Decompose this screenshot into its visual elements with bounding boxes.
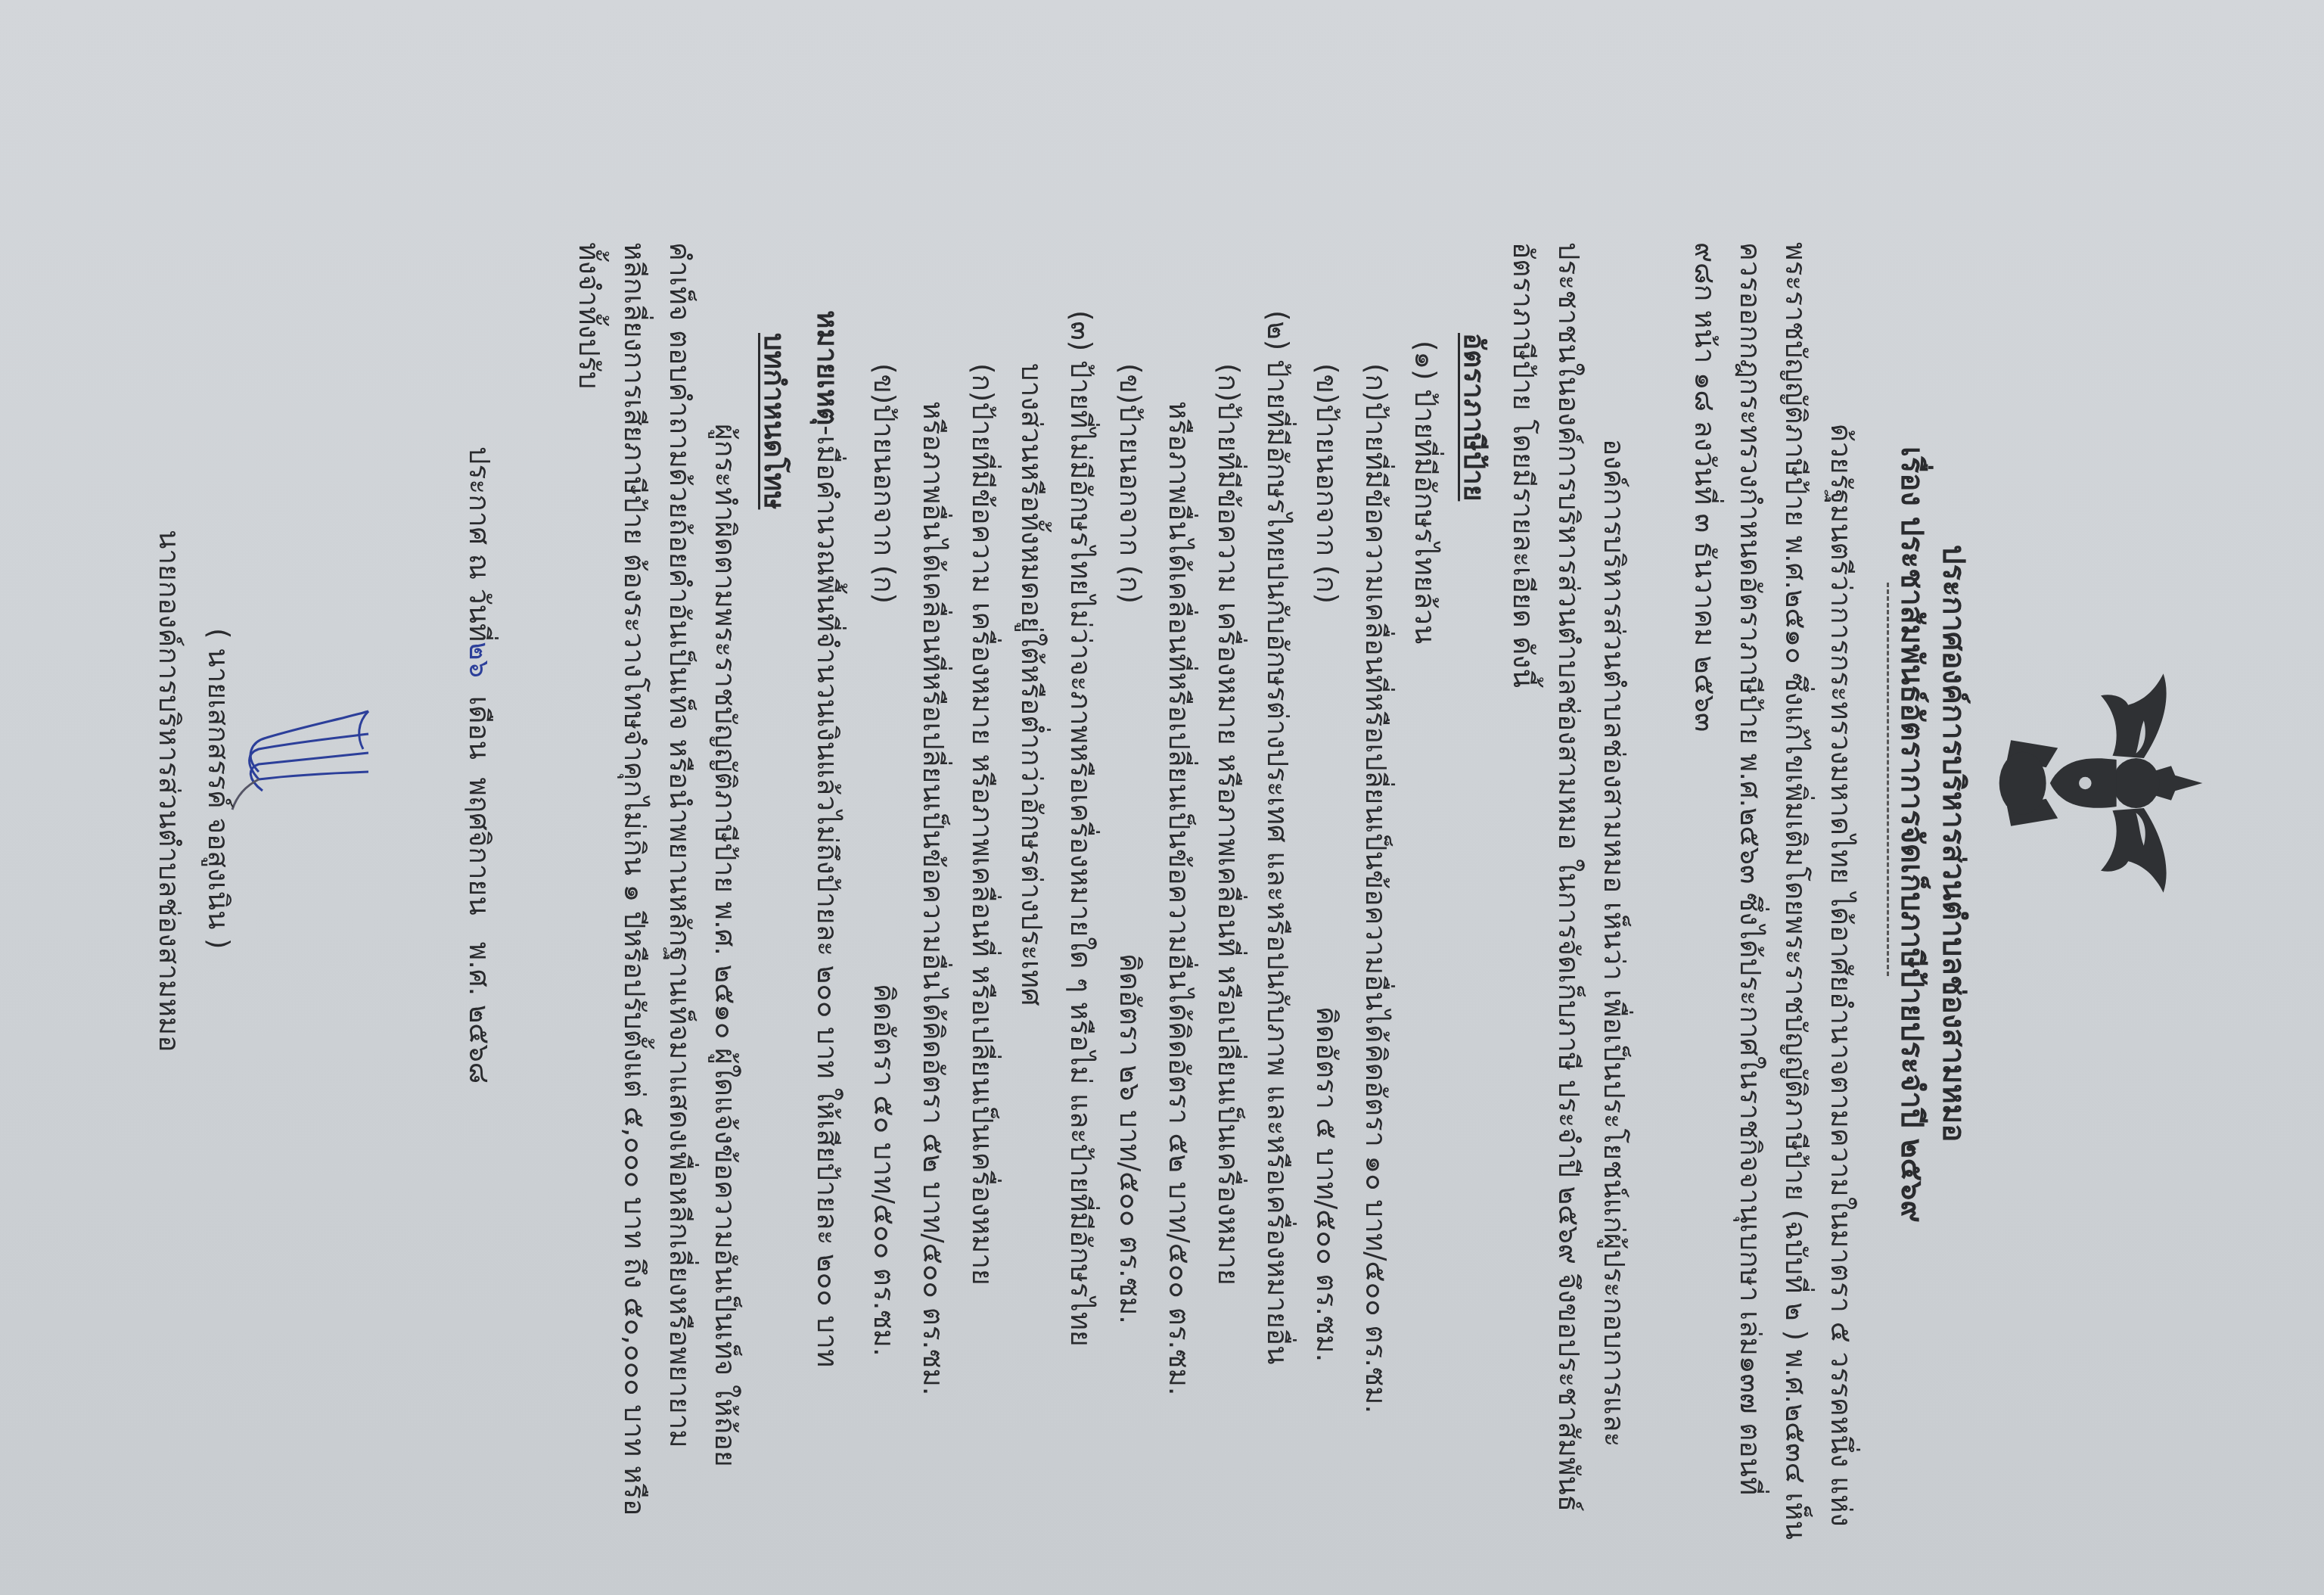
paragraph1-line: ควรออกกฎกระทรวงกำหนดอัตราภาษีป้าย พ.ศ.๒๕… (1736, 242, 1764, 1495)
rate-item-text: (ข)ป้ายนอกจาก (ก) (870, 363, 898, 604)
paragraph1-line: ๙๘ก หน้า ๑๘ ลงวันที่ ๓ ธันวาคม ๒๕๖๓ (1691, 242, 1719, 732)
divider (1887, 583, 1889, 976)
rate-item-continuation: หรือภาพอื่นได้เคลื่อนที่หรือเปลี่ยนเป็นข… (1165, 401, 1193, 1021)
rate-item-value: คิดอัตรา ๕๒ บาท/๕๐๐ ตร.ซม. (919, 1021, 947, 1396)
signatory-name: ( นายเสกสรรค์ จอสูงเนิน ) (204, 628, 232, 949)
rate-item-value: คิดอัตรา ๒๖ บาท/๕๐๐ ตร.ซม. (1116, 953, 1144, 1324)
rate-group-3-label: (๓) ป้ายที่ไม่มีอักษรไทยไม่ว่าจะภาพหรือเ… (1067, 310, 1095, 1347)
penalty-line: คำเท็จ ตอบคำถามด้วยถ้อยคำอันเป็นเท็จ หรื… (666, 242, 694, 1448)
penalty-line: ผู้กระทำผิดตามพระราชบัญญัติภาษีป้าย พ.ศ.… (711, 424, 739, 1467)
rate-item-value: คิดอัตรา ๕๒ บาท/๕๐๐ ตร.ซม. (1165, 1021, 1193, 1396)
paragraph1-line: ด้วยรัฐมนตรีว่าการกระทรวงมหาดไทย ได้อาศั… (1827, 424, 1855, 1527)
signature-mark (228, 666, 372, 863)
date-year-label: พ.ศ. (463, 942, 496, 996)
date-month: พฤศจิกายน (463, 777, 496, 915)
paragraph2-line: อัตราภาษีป้าย โดยมีรายละเอียด ดังนี้ (1509, 242, 1537, 688)
paragraph2-line: ประชาชนในองค์การบริหารส่วนตำบลช่องสามหมอ… (1555, 242, 1583, 1512)
announcement-page: ประกาศองค์การบริหารส่วนตำบลช่องสามหมอ เร… (0, 0, 2324, 1595)
rate-item-text: (ข)ป้ายนอกจาก (ก) (1116, 363, 1144, 604)
garuda-emblem-icon (1984, 666, 2218, 900)
announcement-header: ประกาศองค์การบริหารส่วนตำบลช่องสามหมอ (1938, 545, 1968, 1142)
rate-item-continuation: หรือภาพอื่นได้เคลื่อนที่หรือเปลี่ยนเป็นข… (919, 401, 947, 1021)
rate-item-text: (ก)ป้ายที่มีข้อความเคลื่อนที่หรือเปลี่ยน… (1362, 363, 1390, 1043)
rates-heading: อัตราภาษีป้าย (1460, 333, 1488, 501)
paragraph1-line: พระราชบัญญัติภาษีป้าย พ.ศ.๒๕๑๐ ซึ่งแก้ไข… (1782, 242, 1810, 1540)
rate-item-value: คิดอัตรา ๑๐ บาท/๕๐๐ ตร.ซม. (1362, 1044, 1390, 1413)
date-month-label: เดือน (463, 696, 496, 760)
note-label: หมายเหตุ (811, 310, 844, 425)
rate-group-1-label: (๑) ป้ายที่มีอักษรไทยล้วน (1411, 340, 1439, 644)
rate-item-value: คิดอัตรา ๕ บาท/๕๐๐ ตร.ซม. (1313, 1006, 1341, 1362)
penalty-line: ทั้งจำทั้งปรับ (575, 242, 603, 389)
rate-group-2-label: (๒) ป้ายที่มีอักษรไทยปนกับอักษรต่างประเท… (1263, 310, 1291, 1364)
date-line: ประกาศ ณ วันที่๒๖ เดือน พฤศจิกายน พ.ศ. ๒… (465, 446, 493, 1084)
rate-item-value: คิดอัตรา ๕๐ บาท/๕๐๐ ตร.ซม. (870, 984, 898, 1357)
date-year: ๒๕๖๘ (463, 1005, 496, 1084)
date-prefix: ประกาศ ณ วันที่ (463, 446, 496, 642)
signatory-position: นายกองค์การบริหารส่วนตำบลช่องสามหมอ (155, 530, 183, 1052)
penalty-line: หลีกเลี่ยงการเสียภาษีป้าย ต้องระวางโทษจำ… (620, 242, 648, 1516)
note: หมายเหตุ-เมื่อคำนวณพื้นที่จำนวนเงินแล้วไ… (813, 310, 841, 1367)
announcement-subject: เรื่อง ประชาสัมพันธ์อัตราการจัดเก็บภาษีป… (1897, 446, 1927, 1223)
penalty-heading: บทกำหนดโทษ (760, 333, 788, 509)
rate-group-3-label-cont: บางส่วนหรือทั้งหมดอยู่ใต้หรือต่ำกว่าอักษ… (1018, 363, 1045, 1006)
rate-item-text: (ข)ป้ายนอกจาก (ก) (1313, 363, 1341, 604)
date-day-handwritten: ๒๖ (463, 642, 496, 678)
paragraph2-line: องค์การบริหารส่วนตำบลช่องสามหมอ เห็นว่า … (1600, 439, 1628, 1447)
rate-item-text: (ก)ป้ายที่มีข้อความ เครื่องหมาย หรือภาพเ… (1214, 363, 1242, 1286)
rate-item-text: (ก)ป้ายที่มีข้อความ เครื่องหมาย หรือภาพเ… (968, 363, 996, 1286)
note-text: -เมื่อคำนวณพื้นที่จำนวนเงินแล้วไม่ถึงป้า… (811, 425, 844, 1367)
